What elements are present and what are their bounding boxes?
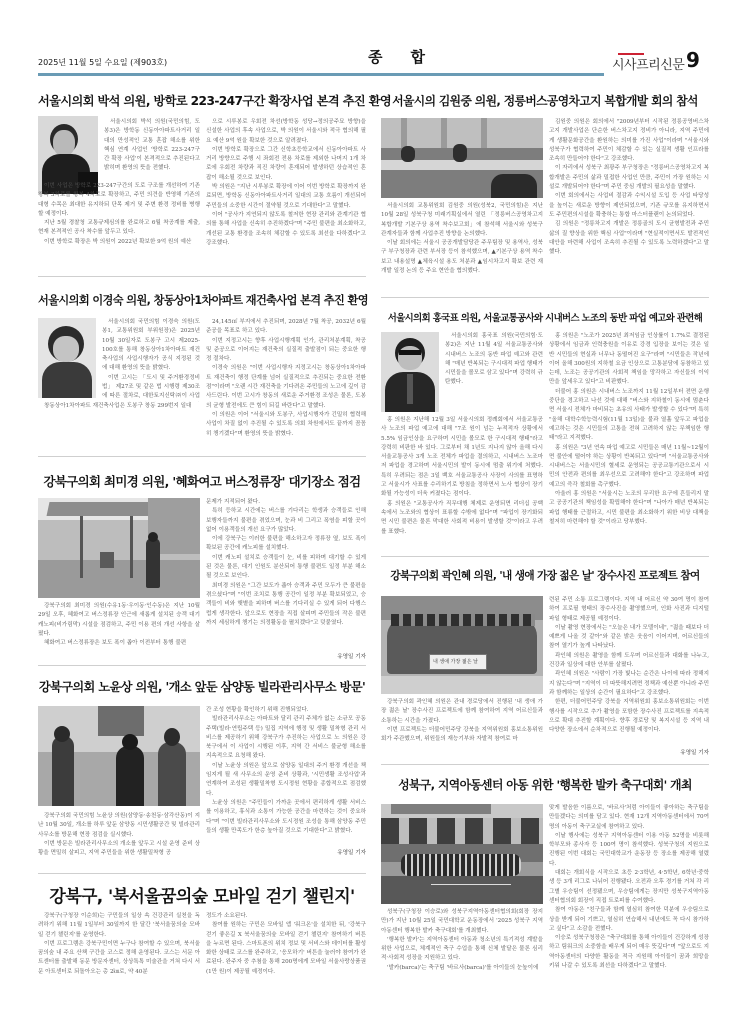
article-col-1: 강북구의회 국민의힘 노윤상 의원(삼양동·송천동·삼각산동)이 지난 10월 …: [38, 812, 200, 864]
section-divider: [38, 456, 366, 457]
article-choi-mikyung: 강북구의회 최미경 의원, '혜화여고 버스정류장' 대기장소 점검 강북구의회…: [38, 466, 366, 676]
article-col-1: 서울시의회 홍국표 의원(국민의힘·도봉2)은 지난 11월 4일 서울교통공사…: [445, 332, 543, 416]
article-col-2: 문제가 지적되어 왔다. 특히 등하교 시간에는 버스를 기다리는 학생과 승객…: [206, 498, 366, 648]
article-hong-gukpyo: 서울시의회 홍국표 의원, 서울교통공사와 시내버스 노조의 동반 파업 예고와…: [381, 306, 709, 554]
paragraph: 강북구(구청장 이순희)는 구민들의 일상 속 건강관리 실천을 독려하기 위해…: [38, 912, 200, 940]
paragraph: 24,145㎡ 부지에서 추진되며, 2028년 7월 착공, 2032년 6월…: [206, 318, 366, 337]
paragraph: 홍 의원은 "교통공사가 직무대행 체제로 운영되면 리더십 공백 속에서 노조…: [381, 500, 543, 537]
paragraph: 정도가 소요된다.: [206, 912, 366, 921]
paragraph: 지난 5월 경찰청 교통규제심의를 완료하고 6월 착공계를 제출, 현재 본격…: [38, 219, 200, 238]
paragraph: 홍 의원은 "3년 연속 파업 예고로 시민들은 매년 11월~12월이면 불안…: [549, 444, 709, 490]
article-headline: 서울시의회 홍국표 의원, 서울교통공사와 시내버스 노조의 동반 파업 예고와…: [381, 310, 709, 324]
paragraph: 이번 방문은 빌라관리사무소의 개소를 앞두고 시설 운영 준비 상황을 면밀히…: [38, 840, 200, 859]
photo-site-visit: [38, 706, 200, 806]
paragraph: '발카(barca)'는 축구팀 '바르사(barca)'를 아이들의 눈높이에: [381, 964, 543, 973]
paragraph: 곽인혜 의원은 촬영을 함께 도우며 어르신들과 대화를 나누고, 건강과 일상…: [549, 652, 709, 671]
paragraph: 김원중 의원은 회의에서 "2009년부터 시작된 정릉공영버스차고지 개발사업…: [549, 118, 709, 164]
paragraph: 련된 주민 소통 프로그램이다. 지역 내 어르신 약 30여 명이 참여하여 …: [549, 596, 709, 624]
paragraph: 강북구의회 곽인혜 의원은 관내 경로당에서 진행된 '내 생애 가장 젊은 날…: [381, 698, 543, 726]
article-headline: 서울시의회 박석 의원, 방학로 223-247구간 확장사업 본격 추진 환영: [38, 92, 366, 109]
paragraph: 더불어 홍 의원은 시내버스 노조까지 11월 12일부터 전면 운행 중단을 …: [549, 388, 709, 444]
article-headline: 성북구, 지역아동센터 아동 위한 '행복한 발카 축구대회' 개최: [381, 776, 709, 793]
article-col-2: 으로 시루봉로 우회전 차선(방학동 성당→정의공주묘 방향)을 신설한 사업의…: [206, 118, 366, 264]
byline: 유영일 기자: [649, 748, 709, 756]
paragraph: 최미경 의원은 "그간 보도가 좁아 승객과 주민 모두가 큰 불편을 겪으셨다…: [206, 582, 366, 628]
paragraph: 이날 회의에는 서울시 공공개발담당관 주무팀장 및 용역사, 성북구 부구청장…: [381, 239, 543, 276]
paragraph: 성북구(구청장 이승로)와 성북구지역아동센터협의회(회장 장지만)가 지난 1…: [381, 908, 543, 936]
paragraph: 곽인혜 의원은 "사람이 가장 빛나는 순간은 나이에 따라 정해지지 않는다"…: [549, 670, 709, 698]
paragraph: 이 자리에서 성북구 최광주 부구청장은 "정릉버스공영차고지 복합개발은 주민…: [549, 164, 709, 192]
photo-football-event: [381, 804, 543, 904]
article-headline: 강북구, '북서울꿈의숲 모바일 걷기 챌린지': [38, 882, 366, 907]
article-col-1-cont: 홍 의원은 지난해 12월 3일 서울시의회 정례회에서 서울교통공사 노조의 …: [381, 416, 543, 542]
paragraph: 강북구의회 국민의힘 노윤상 의원(삼양동·송천동·삼각산동)이 지난 10월 …: [38, 812, 200, 840]
photo-meeting: [381, 118, 543, 198]
newspaper-logo: 시사프리신문: [612, 54, 684, 73]
byline: 유영일 기자: [306, 652, 366, 660]
paragraph: 한편, 더불어민주당 강북을 지역위원회 홍보소통위원회는 이번 행사를 시작으…: [549, 698, 709, 735]
article-headline: 강북구의회 최미경 의원, '혜화여고 버스정류장' 대기장소 점검: [38, 472, 366, 490]
byline: 유영일 기자: [306, 848, 366, 856]
paragraph: 서울시의회 박석 의원(국민의힘, 도봉3)은 방학동 신동아아파트사거리 일대…: [104, 118, 200, 174]
header-rule: [38, 73, 604, 76]
paragraph: 이날 촬영 현장에서는 "오늘은 내가 모델이네", "젊을 때보다 더 예쁘게…: [549, 624, 709, 652]
article-lee-kyungsook: 서울시의회 이경숙 의원, 창동상아1차아파트 재건축사업 본격 추진 환영 서…: [38, 288, 366, 438]
paragraph: 박 의원은 "지난 시루봉로 확장에 이어 이번 방학로 확장까지 완료되면, …: [206, 183, 366, 211]
photo-bus-stop: [38, 498, 200, 598]
paragraph: 맞게 발음한 이름으로, '바르사'처럼 아이들이 좋아하는 축구팀을 만들겠다…: [549, 804, 709, 832]
paragraph: 이번 고시는 「도시 및 주거환경정비법」 제27조 및 같은 법 시행령 제3…: [102, 374, 200, 402]
article-col-2: 정도가 소요된다. 참여를 원하는 구민은 모바일 앱 '워크온'을 설치한 뒤…: [206, 912, 366, 986]
article-col-1: 강북구(구청장 이순희)는 구민들의 일상 속 건강관리 실천을 독려하기 위해…: [38, 912, 200, 986]
issue-date: 2025년 11월 5일 수요일 (제903호): [38, 57, 167, 68]
paragraph: 특히 등하교 시간에는 버스를 기다리는 학생과 승객들로 인해 보행자들까지 …: [206, 507, 366, 535]
paragraph: 참여를 원하는 구민은 모바일 앱 '워크온'을 설치한 뒤, '강북구 걷기 …: [206, 921, 366, 977]
article-col-1: 강북구의회 최미경 의원(수유1동·우이동·인수동)은 지난 10월 29일 오…: [38, 602, 200, 668]
paragraph: 대회는 개회식을 시작으로 초등 2·3학년, 4·5학년, 6학년·중학생 등…: [549, 869, 709, 906]
section-divider: [38, 873, 366, 874]
paragraph: 참여 아동은 "친구들과 함께 열심히 참여한 덕분에 우승팀으로 상을 받게 …: [549, 906, 709, 934]
paragraph: 빌라관리사무소는 아파트와 달리 관리 주체가 없는 소규모 공동주택(빌라·연…: [206, 715, 366, 761]
article-col-2: 24,145㎡ 부지에서 추진되며, 2028년 7월 착공, 2032년 6월…: [206, 318, 366, 440]
paragraph: 이번 회의에서는 사업비 절감과 수익시설 도입 등 사업 타당성을 높이는 새…: [549, 192, 709, 220]
article-col-1: 서울시의회 교통위원회 김원중 의원(성북2, 국민의힘)은 지난 10월 28…: [381, 202, 543, 282]
article-kwak-inhye: 강북구의회 곽인혜 의원, '내 생애 가장 젊은 날' 장수사진 프로젝트 참…: [381, 562, 709, 758]
paragraph: 이날 행사에는 성북구 지역아동센터 이용 아동 52명을 비롯해 학부모와 종…: [549, 832, 709, 869]
paragraph: 으로 시루봉로 우회전 차선(방학동 성당→정의공주묘 방향)을 신설한 사업의…: [206, 118, 366, 146]
article-col-2: 홍 의원은 "노조가 2025년 최저임금 인상률이 1.7%로 결정된 상황에…: [549, 332, 709, 542]
article-headline: 강북구의회 곽인혜 의원, '내 생애 가장 젊은 날' 장수사진 프로젝트 참…: [381, 568, 709, 583]
article-park-seok: 서울시의회 박석 의원, 방학로 223-247구간 확장사업 본격 추진 환영…: [38, 88, 366, 263]
paragraph: 문제가 지적되어 왔다.: [206, 498, 366, 507]
paragraph: 이번 지정고시는 향후 사업시행계획 인가, 관리처분계획, 착공 및 준공으로…: [206, 337, 366, 365]
page-number: 9: [686, 48, 700, 72]
paragraph: 서울시의회 홍국표 의원(국민의힘·도봉2)은 지난 11월 4일 서울교통공사…: [445, 332, 543, 388]
section-divider: [381, 556, 709, 557]
article-col-1: 서울시의회 박석 의원(국민의힘, 도봉3)은 방학동 신동아아파트사거리 일대…: [104, 118, 200, 182]
photo-banner-text: 내 생애 가장 젊은 날: [433, 658, 478, 665]
section-divider: [381, 297, 709, 298]
section-divider: [381, 764, 709, 765]
article-headline: 서울시의회 이경숙 의원, 창동상아1차아파트 재건축사업 본격 추진 환영: [38, 292, 366, 308]
paragraph: 김 의원은 "정릉차고지 개발은 정릉골의 도시 균형발전과 주민 삶의 질 향…: [549, 220, 709, 257]
photo-elderly-group: 내 생애 가장 젊은 날: [381, 596, 543, 694]
paragraph: 이번 프로젝트는 더불어민주당 강북을 지역위원회 홍보소통위원회가 주관했으며…: [381, 726, 543, 745]
paragraph: 이어 "공사가 지연되지 않도록 철저한 현장 관리와 관계기관 협의를 통해 …: [206, 211, 366, 248]
paragraph: 이번 캐노피 설치로 승객들이 눈, 비를 피하며 대기할 수 있게 된 것은 …: [206, 554, 366, 582]
photo-hong-gukpyo: [381, 332, 439, 412]
article-col-1-cont: 창동상아1차아파트 재건축사업은 도봉구 창동 299번지 일대: [38, 402, 200, 438]
section-divider: [38, 665, 366, 666]
paragraph: 이에 강북구는 이러한 불편을 해소하고자 정류장 옆, 보도 폭이 확보된 공…: [206, 535, 366, 554]
paragraph: 이승로 성북구청장은 "축구대회를 통해 아이들이 건강하게 성장하고 팀워크의…: [549, 934, 709, 971]
paragraph: 이번 방학로 확장으로 그간 신학초등학교에서 신동아아파트 사거리 방향으로 …: [206, 146, 366, 183]
paragraph: 아울러 홍 의원은 "서울시는 노조의 무리한 요구에 흔들리지 말고 공공기관…: [549, 490, 709, 527]
article-col-1: 강북구의회 곽인혜 의원은 관내 경로당에서 진행된 '내 생애 가장 젊은 날…: [381, 698, 543, 754]
section-title: 종합: [368, 46, 453, 67]
paragraph: 서울시의회 국민의힘 이경숙 의원(도봉1, 교통위원회 부위원장)은 2025…: [102, 318, 200, 374]
article-col-2: 련된 주민 소통 프로그램이다. 지역 내 어르신 약 30여 명이 참여하여 …: [549, 596, 709, 744]
paragraph: 혜화여고 버스정류장은 보도 폭이 좁아 이전부터 통행 불편: [38, 639, 200, 648]
paragraph: 서울시의회 교통위원회 김원중 의원(성북2, 국민의힘)은 지난 10월 28…: [381, 202, 543, 239]
paragraph: '행복한 발카'는 지역아동센터 아동과 청소년의 특기적성 계발을 위한 사업…: [381, 936, 543, 964]
masthead: 2025년 11월 5일 수요일 (제903호) 종합 시사프리신문 9: [38, 0, 708, 82]
photo-lee-kyungsook: [38, 318, 96, 398]
paragraph: 이번 사업은 방학로 223-247구간의 도로 구조를 개선하여 기존 왕복 …: [38, 182, 200, 219]
article-seongbuk-football: 성북구, 지역아동센터 아동 위한 '행복한 발카 축구대회' 개최 성북구(구…: [381, 770, 709, 990]
paragraph: 강북구의회 최미경 의원(수유1동·우이동·인수동)은 지난 10월 29일 오…: [38, 602, 200, 639]
article-kim-wonjung: 서울시의 김원중 의원, 정릉버스공영차고지 복합개발 회의 참석 서울시의회 …: [381, 88, 709, 293]
paragraph: 노윤상 의원은 "주민들이 가까운 곳에서 편리하게 생활 서비스를 이용하고,…: [206, 799, 366, 836]
article-col-2: 간 조성 현황을 확인하기 위해 진행되었다. 빌라관리사무소는 아파트와 달리…: [206, 706, 366, 850]
paragraph: 이날 노윤상 의원은 앞으로 삼양동 일대의 주거 환경 개선을 책임지게 될 …: [206, 762, 366, 799]
paragraph: 홍 의원은 지난해 12월 3일 서울시의회 정례회에서 서울교통공사 노조의 …: [381, 416, 543, 500]
paragraph: 이번 방학로 확장은 박 의원이 2022년 확보한 9억 원의 예산: [38, 238, 200, 247]
paragraph: 창동상아1차아파트 재건축사업은 도봉구 창동 299번지 일대: [38, 402, 200, 411]
article-noh-yoonsang: 강북구의회 노윤상 의원, '개소 앞둔 삼양동 빌라관리사무소 방문' 강북구…: [38, 672, 366, 852]
paragraph: 간 조성 현황을 확인하기 위해 진행되었다.: [206, 706, 366, 715]
article-col-2: 김원중 의원은 회의에서 "2009년부터 시작된 정릉공영버스차고지 개발사업…: [549, 118, 709, 284]
paragraph: 홍 의원은 "노조가 2025년 최저임금 인상률이 1.7%로 결정된 상황에…: [549, 332, 709, 388]
article-col-2: 맞게 발음한 이름으로, '바르사'처럼 아이들이 좋아하는 축구팀을 만들겠다…: [549, 804, 709, 980]
article-col-1-cont: 이번 사업은 방학로 223-247구간의 도로 구조를 개선하여 기존 왕복 …: [38, 182, 200, 264]
paragraph: 이경숙 의원은 "이번 사업시행자 지정고시는 창동상아1차아파트 재건축이 행…: [206, 364, 366, 410]
article-headline: 서울시의 김원중 의원, 정릉버스공영차고지 복합개발 회의 참석: [381, 92, 709, 109]
article-headline: 강북구의회 노윤상 의원, '개소 앞둔 삼양동 빌라관리사무소 방문': [38, 678, 366, 695]
article-col-1: 성북구(구청장 이승로)와 성북구지역아동센터협의회(회장 장지만)가 지난 1…: [381, 908, 543, 978]
article-col-1: 서울시의회 국민의힘 이경숙 의원(도봉1, 교통위원회 부위원장)은 2025…: [102, 318, 200, 402]
paragraph: 이 의원은 이어 "서울시와 도봉구, 사업시행자가 긴밀히 협력해 사업이 차…: [206, 411, 366, 439]
section-divider: [38, 276, 366, 277]
paragraph: 이번 프로그램은 강북구민이면 누구나 참여할 수 있으며, 북서울꿈의숲 내 …: [38, 940, 200, 977]
article-walking-challenge: 강북구, '북서울꿈의숲 모바일 걷기 챌린지' 강북구(구청장 이순희)는 구…: [38, 878, 366, 988]
